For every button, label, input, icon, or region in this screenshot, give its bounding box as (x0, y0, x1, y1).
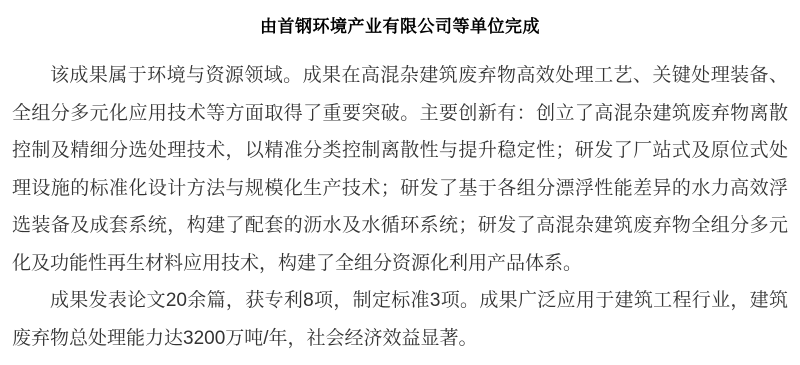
paragraph-results: 成果发表论文20余篇，获专利8项，制定标准3项。成果广泛应用于建筑工程行业，建筑… (12, 282, 788, 357)
paragraph-overview: 该成果属于环境与资源领域。成果在高混杂建筑废弃物高效处理工艺、关键处理装备、全组… (12, 57, 788, 282)
document-body: 该成果属于环境与资源领域。成果在高混杂建筑废弃物高效处理工艺、关键处理装备、全组… (12, 57, 788, 357)
document-page: 由首钢环境产业有限公司等单位完成 该成果属于环境与资源领域。成果在高混杂建筑废弃… (0, 0, 800, 365)
page-title: 由首钢环境产业有限公司等单位完成 (12, 12, 788, 42)
